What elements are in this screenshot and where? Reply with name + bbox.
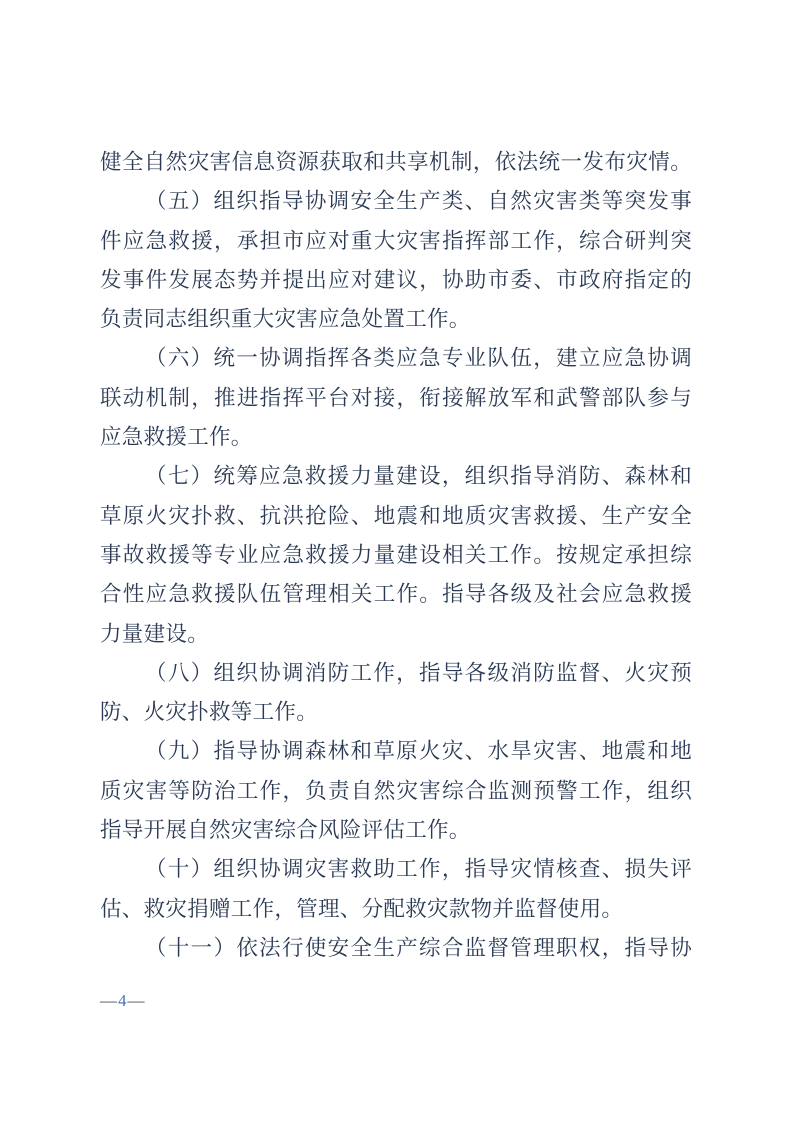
text-line: 应急救援工作。 bbox=[100, 418, 692, 457]
text-line: （十一）依法行使安全生产综合监督管理职权，指导协 bbox=[100, 929, 692, 968]
text-line: （八）组织协调消防工作，指导各级消防监督、火灾预 bbox=[100, 654, 692, 693]
document-body: 健全自然灾害信息资源获取和共享机制，依法统一发布灾情。（五）组织指导协调安全生产… bbox=[100, 143, 692, 968]
text-line: 发事件发展态势并提出应对建议，协助市委、市政府指定的 bbox=[100, 261, 692, 300]
text-line: （七）统筹应急救援力量建设，组织指导消防、森林和 bbox=[100, 457, 692, 496]
footer-left-dash: — bbox=[100, 991, 118, 1010]
text-line: 事故救援等专业应急救援力量建设相关工作。按规定承担综 bbox=[100, 536, 692, 575]
document-page: 健全自然灾害信息资源获取和共享机制，依法统一发布灾情。（五）组织指导协调安全生产… bbox=[0, 0, 793, 1122]
text-line: 防、火灾扑救等工作。 bbox=[100, 693, 692, 732]
text-line: 质灾害等防治工作，负责自然灾害综合监测预警工作，组织 bbox=[100, 772, 692, 811]
text-line: 草原火灾扑救、抗洪抢险、地震和地质灾害救援、生产安全 bbox=[100, 497, 692, 536]
text-line: 件应急救援，承担市应对重大灾害指挥部工作，综合研判突 bbox=[100, 222, 692, 261]
text-line: （九）指导协调森林和草原火灾、水旱灾害、地震和地 bbox=[100, 732, 692, 771]
text-line: 负责同志组织重大灾害应急处置工作。 bbox=[100, 300, 692, 339]
text-line: （十）组织协调灾害救助工作，指导灾情核查、损失评 bbox=[100, 850, 692, 889]
text-line: （五）组织指导协调安全生产类、自然灾害类等突发事 bbox=[100, 182, 692, 221]
page-number: 4 bbox=[118, 991, 128, 1010]
text-line: 联动机制，推进指挥平台对接，衔接解放军和武警部队参与 bbox=[100, 379, 692, 418]
text-line: 健全自然灾害信息资源获取和共享机制，依法统一发布灾情。 bbox=[100, 143, 692, 182]
footer-right-dash: — bbox=[128, 991, 146, 1010]
text-line: 估、救灾捐赠工作，管理、分配救灾款物并监督使用。 bbox=[100, 890, 692, 929]
text-line: 力量建设。 bbox=[100, 615, 692, 654]
page-footer: —4— bbox=[100, 988, 146, 1014]
text-line: 合性应急救援队伍管理相关工作。指导各级及社会应急救援 bbox=[100, 575, 692, 614]
text-line: （六）统一协调指挥各类应急专业队伍，建立应急协调 bbox=[100, 339, 692, 378]
text-line: 指导开展自然灾害综合风险评估工作。 bbox=[100, 811, 692, 850]
